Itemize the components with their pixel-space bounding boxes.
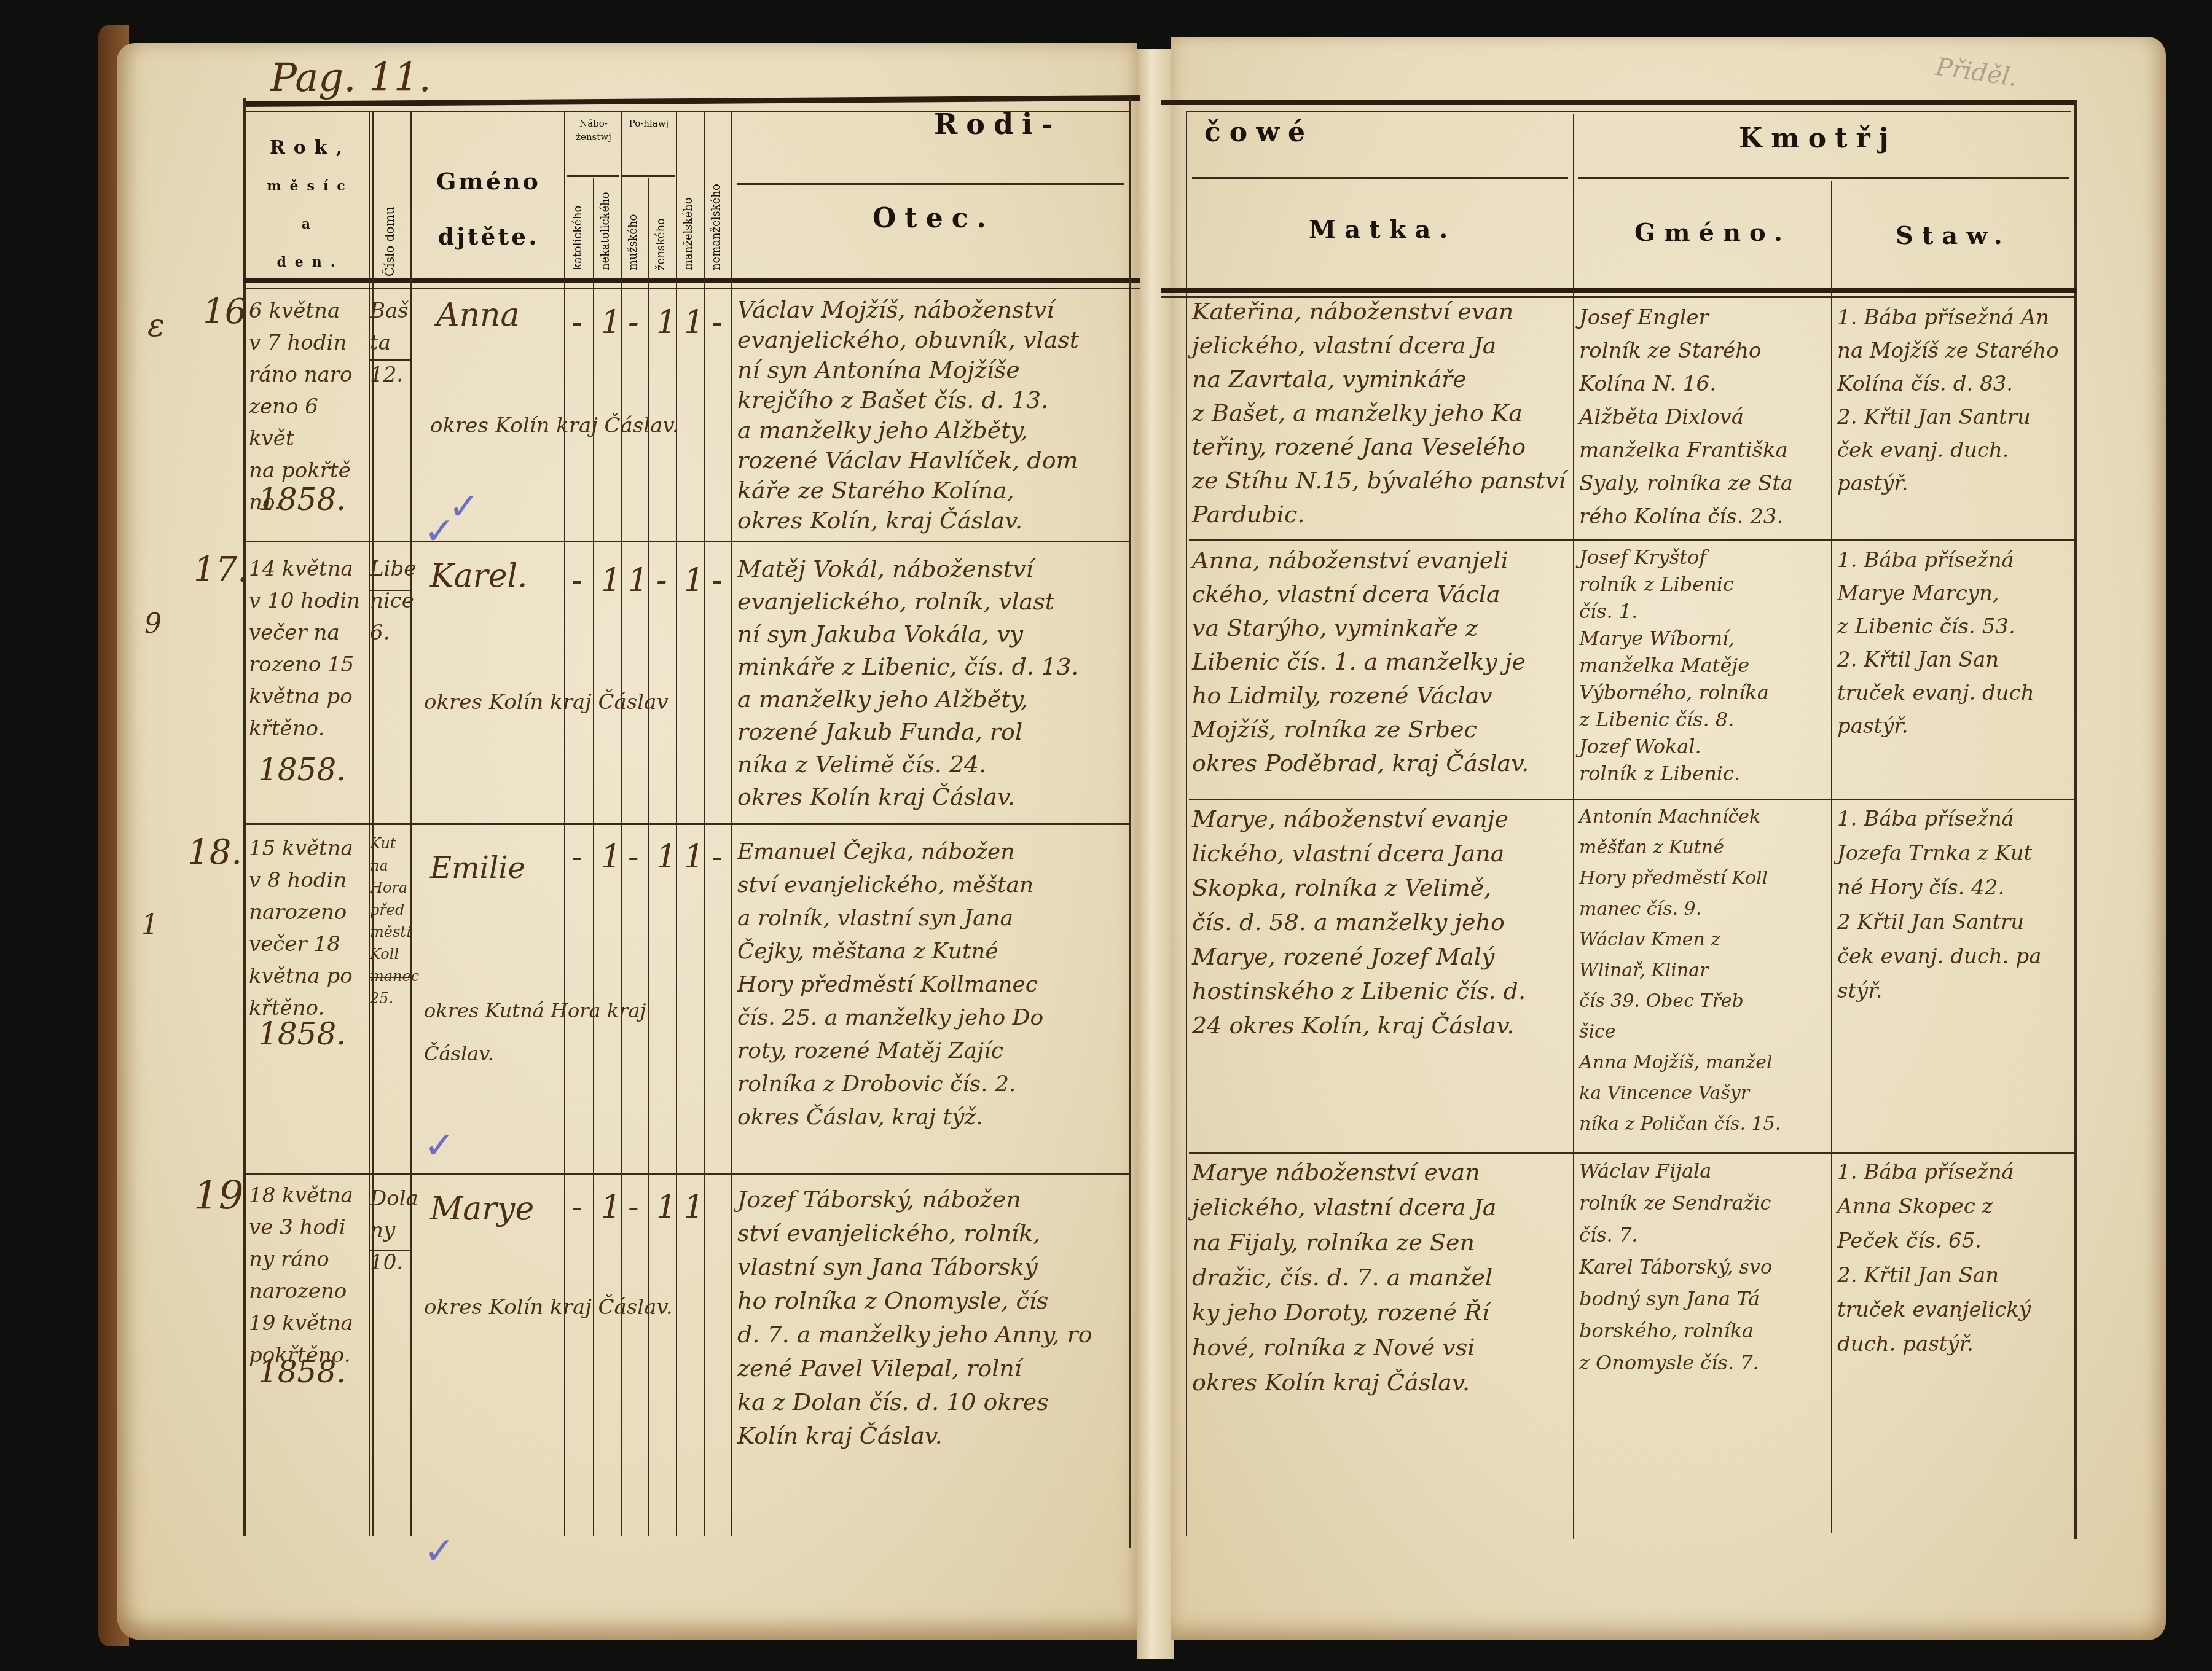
header-pohlavi: Po-hlawj — [623, 117, 675, 130]
subheader-rule — [737, 183, 1124, 185]
entry-house: Dola ny 10. — [370, 1183, 410, 1278]
subheader-rule — [567, 175, 619, 177]
entry-number: 18. — [187, 832, 242, 872]
mark-muzskeho: - — [628, 304, 639, 341]
mark-nekatolickeho: 1 — [601, 304, 621, 341]
mark-nemanzelskeho: - — [712, 562, 723, 599]
entry-number: 19 — [194, 1173, 243, 1219]
header-zenskeho: ženského — [654, 184, 667, 270]
col-divider — [593, 178, 594, 1536]
header-kmotri-stav: Staw. — [1896, 221, 2011, 250]
page-number-label: Pag. 11. — [270, 55, 431, 101]
header-rodicove-right: čowé — [1204, 117, 1314, 148]
header-cislo-domu: Číslo domu — [382, 184, 397, 276]
header-matka: Matka. — [1309, 215, 1456, 244]
entry-father: Václav Mojžíš, náboženství evanjelického… — [737, 295, 1131, 536]
entry-number: 16 — [203, 292, 246, 332]
row-separator — [246, 823, 1131, 825]
mark-manzelskeho: 1 — [684, 1189, 704, 1226]
mark-nekatolickeho: 1 — [601, 1189, 621, 1226]
entry-date: 18 května ve 3 hodi ny ráno narozeno 19 … — [249, 1180, 369, 1371]
mark-zenskeho: - — [656, 562, 667, 599]
mark-katolickeho: - — [571, 1189, 582, 1226]
entry-child-name: Marye — [430, 1189, 534, 1229]
entry-father: Matěj Vokál, náboženství evanjelického, … — [737, 553, 1131, 813]
row-separator — [1189, 799, 2074, 800]
entry-district: okres Kolín kraj Čáslav — [424, 682, 669, 722]
mark-nekatolickeho: 1 — [601, 562, 621, 599]
header-nemanzelskeho: nemanželského — [710, 147, 723, 270]
entry-district: okres Kolín kraj Čáslav. — [430, 405, 678, 446]
mark-zenskeho: 1 — [656, 839, 677, 875]
entry-year: 1858. — [258, 749, 346, 790]
entry-house: Kut na Hora před městí Koll manec 25. — [370, 832, 410, 1009]
header-rok-line: měsíc — [258, 167, 363, 205]
entry-godparents: Antonín Machníček měšťan z Kutné Hory př… — [1579, 802, 1828, 1140]
row-separator — [1189, 1152, 2074, 1154]
entry-godparents: Wáclav Fijala rolník ze Sendražic čís. 7… — [1579, 1155, 1828, 1379]
header-rodicove-left: Rodi- — [934, 108, 1062, 141]
header-jmeno-ditete: Gméno djtěte. — [418, 154, 559, 264]
header-muzskeho: mužského — [627, 184, 640, 270]
margin-mark: ɛ — [147, 307, 165, 344]
mark-manzelskeho: 1 — [684, 304, 704, 341]
header-kmotri: Kmotřj — [1739, 123, 1897, 154]
pencil-checkmark-icon: ✓ — [424, 1124, 455, 1167]
header-bottom-thin-left — [243, 288, 1140, 289]
row-separator — [1189, 539, 2074, 541]
subheader-rule — [1578, 177, 2069, 179]
entry-father: Jozef Táborský, nábožen ství evanjelické… — [737, 1183, 1131, 1453]
entry-mother: Marye náboženství evan jelického, vlastn… — [1192, 1155, 1570, 1400]
header-rok-line: a — [258, 205, 363, 243]
subheader-rule — [1192, 177, 1568, 179]
entry-godparent-status: 1. Bába přísežná Jozefa Trnka z Kut né H… — [1837, 802, 2071, 1008]
entry-godparent-status: 1. Bába přísežná Marye Marcyn, z Libenic… — [1837, 544, 2071, 743]
mark-nemanzelskeho: - — [712, 839, 723, 875]
entry-house: Baš ta 12. — [370, 295, 410, 391]
mark-manzelskeho: 1 — [684, 562, 704, 599]
entry-godparent-status: 1. Bába přísežná Anna Skopec z Peček čís… — [1837, 1155, 2071, 1361]
table-top-rule-right — [1161, 100, 2077, 105]
entry-child-name: Karel. — [430, 556, 528, 597]
mark-muzskeho: - — [628, 839, 639, 875]
mark-muzskeho: - — [628, 1189, 639, 1226]
mark-zenskeho: 1 — [656, 304, 677, 341]
table-top-thin-right — [1186, 111, 2071, 112]
entry-mother: Anna, náboženství evanjeli ckého, vlastn… — [1192, 544, 1570, 780]
entry-number: 17. — [194, 550, 248, 590]
entry-father: Emanuel Čejka, nábožen ství evanjelickéh… — [737, 835, 1131, 1134]
entry-district: okres Kutná Hora kraj Čáslav. — [424, 989, 646, 1075]
mark-manzelskeho: 1 — [684, 839, 704, 875]
mark-zenskeho: 1 — [656, 1189, 677, 1226]
col-divider — [1573, 114, 1574, 1539]
entry-child-name: Anna — [436, 295, 520, 335]
mark-nekatolickeho: 1 — [601, 839, 621, 875]
mark-muzskeho: 1 — [628, 562, 648, 599]
pencil-checkmark-icon: ✓ — [424, 510, 455, 553]
mark-katolickeho: - — [571, 562, 582, 599]
entry-child-name: Emilie — [430, 848, 525, 888]
header-nekatolickeho: nekatolického — [599, 184, 612, 270]
entry-godparents: Josef Engler rolník ze Starého Kolína N.… — [1579, 301, 1828, 533]
header-nabozenstvi: Nábo-ženstwj — [568, 117, 619, 144]
margin-mark: 1 — [141, 909, 159, 941]
entry-year: 1858. — [258, 479, 346, 520]
header-jmeno-line: Gméno — [418, 154, 559, 209]
mark-katolickeho: - — [571, 839, 582, 875]
header-rok: Rok, měsíc a den. — [258, 129, 363, 281]
col-divider — [648, 178, 649, 1536]
subheader-rule — [622, 175, 675, 177]
header-katolickeho: katolického — [571, 184, 584, 270]
pencil-checkmark-icon: ✓ — [424, 1530, 455, 1573]
entry-year: 1858. — [258, 1352, 346, 1392]
header-kmotri-jmeno: Gméno. — [1634, 218, 1791, 247]
entry-date: 14 května v 10 hodin večer na rozeno 15 … — [249, 553, 369, 745]
entry-mother: Kateřina, náboženství evan jelického, vl… — [1192, 295, 1570, 531]
right-table-left-border — [1186, 111, 1187, 1536]
row-separator — [246, 541, 1131, 542]
header-jmeno-line: djtěte. — [418, 209, 559, 264]
header-rok-line: Rok, — [258, 129, 363, 167]
entry-district: okres Kolín kraj Čáslav. — [424, 1287, 672, 1328]
header-otec: Otec. — [873, 203, 995, 234]
header-manzelskeho: manželského — [682, 147, 695, 270]
mark-nemanzelskeho: - — [712, 304, 723, 341]
col-divider — [1831, 181, 1832, 1533]
row-separator — [246, 1173, 1131, 1175]
entry-godparents: Josef Kryštof rolník z Libenic čís. 1. M… — [1579, 544, 1828, 787]
header-bottom-rule-right — [1161, 288, 2077, 293]
mark-katolickeho: - — [571, 304, 582, 341]
header-rok-line: den. — [258, 243, 363, 281]
margin-mark: 9 — [144, 608, 162, 640]
entry-house: Libe nice 6. — [370, 553, 410, 649]
header-bottom-rule-left — [243, 278, 1140, 283]
right-table-right-border — [2074, 101, 2077, 1539]
entry-godparent-status: 1. Bába přísežná An na Mojžíš ze Starého… — [1837, 301, 2071, 500]
entry-mother: Marye, náboženství evanje lického, vlast… — [1192, 802, 1570, 1043]
entry-date: 15 května v 8 hodin narozeno večer 18 kv… — [249, 832, 369, 1024]
entry-year: 1858. — [258, 1014, 346, 1054]
